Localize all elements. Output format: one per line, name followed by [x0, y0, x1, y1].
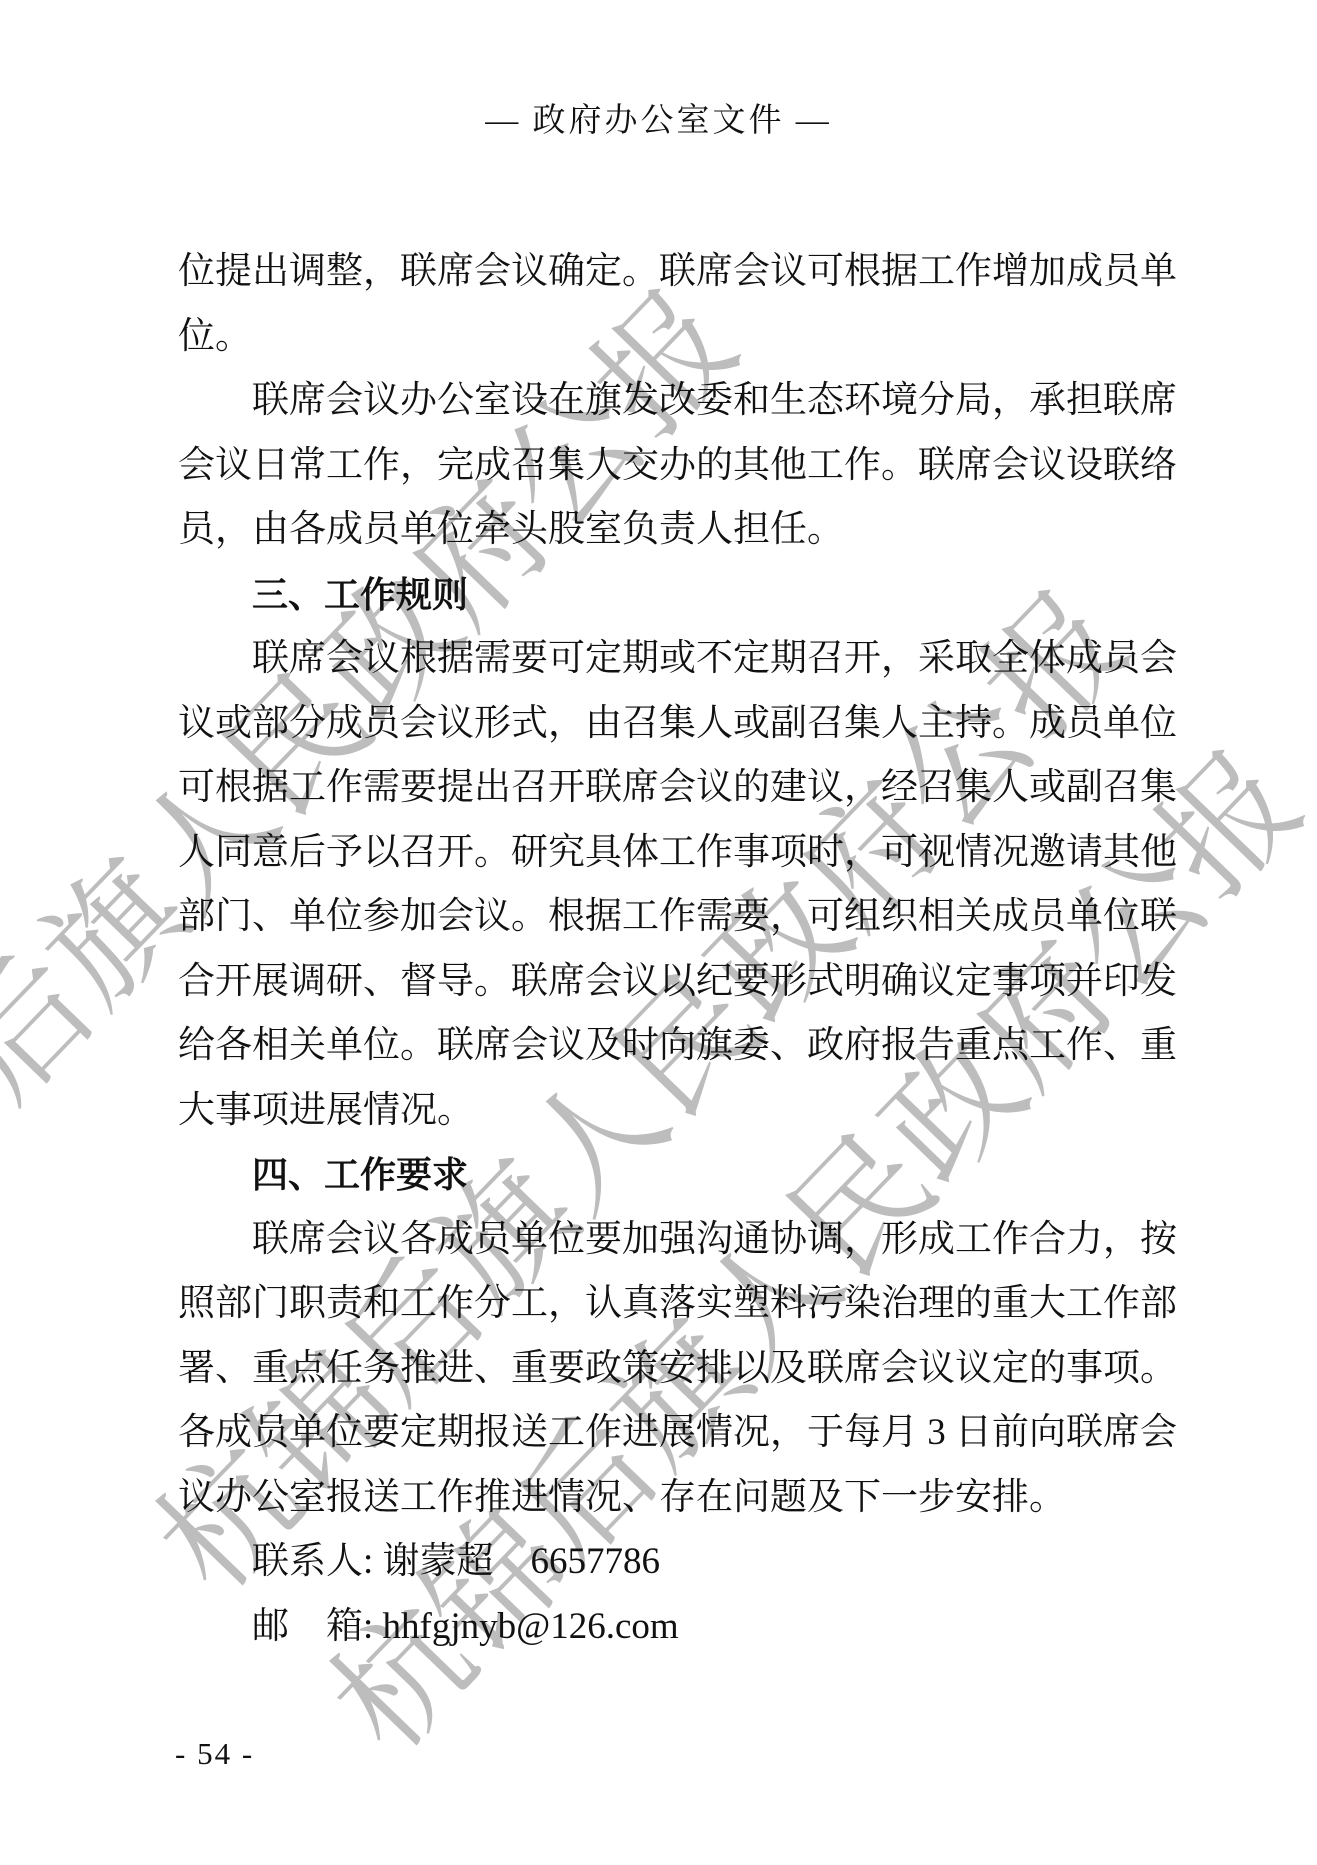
- text-line: 议办公室报送工作推进情况、存在问题及下一步安排。: [178, 1466, 1148, 1531]
- text-line: 部门、单位参加会议。根据工作需要，可组织相关成员单位联: [178, 885, 1148, 950]
- section-heading-work-rules: 三、工作规则: [178, 563, 1148, 628]
- text-line: 给各相关单位。联席会议及时向旗委、政府报告重点工作、重: [178, 1014, 1148, 1079]
- text-line: 位提出调整，联席会议确定。联席会议可根据工作增加成员单: [178, 240, 1148, 305]
- page-header-title: — 政府办公室文件 —: [0, 94, 1317, 141]
- text-line: 联席会议各成员单位要加强沟通协调，形成工作合力，按: [178, 1208, 1148, 1273]
- text-line: 各成员单位要定期报送工作进展情况，于每月 3 日前向联席会: [178, 1401, 1148, 1466]
- text-line: 联席会议办公室设在旗发改委和生态环境分局，承担联席: [178, 369, 1148, 434]
- text-line: 照部门职责和工作分工，认真落实塑料污染治理的重大工作部: [178, 1272, 1148, 1337]
- text-line: 大事项进展情况。: [178, 1079, 1148, 1144]
- text-line: 署、重点任务推进、重要政策安排以及联席会议议定的事项。: [178, 1337, 1148, 1402]
- document-page: 杭锦后旗人民政府公报 杭锦后旗人民政府公报 杭锦后旗人民政府公报 — 政府办公室…: [0, 0, 1317, 1865]
- text-line: 会议日常工作，完成召集人交办的其他工作。联席会议设联络: [178, 434, 1148, 499]
- document-body: 位提出调整，联席会议确定。联席会议可根据工作增加成员单 位。 联席会议办公室设在…: [178, 240, 1148, 1659]
- text-line: 合开展调研、督导。联席会议以纪要形式明确议定事项并印发: [178, 950, 1148, 1015]
- text-line: 可根据工作需要提出召开联席会议的建议，经召集人或副召集: [178, 756, 1148, 821]
- text-line: 员，由各成员单位牵头股室负责人担任。: [178, 498, 1148, 563]
- text-line: 议或部分成员会议形式，由召集人或副召集人主持。成员单位: [178, 692, 1148, 757]
- contact-person-line: 联系人: 谢蒙超 6657786: [178, 1530, 1148, 1595]
- section-heading-work-requirements: 四、工作要求: [178, 1143, 1148, 1208]
- text-line: 联席会议根据需要可定期或不定期召开，采取全体成员会: [178, 627, 1148, 692]
- text-line: 人同意后予以召开。研究具体工作事项时，可视情况邀请其他: [178, 821, 1148, 886]
- page-number: - 54 -: [175, 1736, 254, 1772]
- contact-email-line: 邮 箱: hhfgjnyb@126.com: [178, 1595, 1148, 1660]
- text-line: 位。: [178, 305, 1148, 370]
